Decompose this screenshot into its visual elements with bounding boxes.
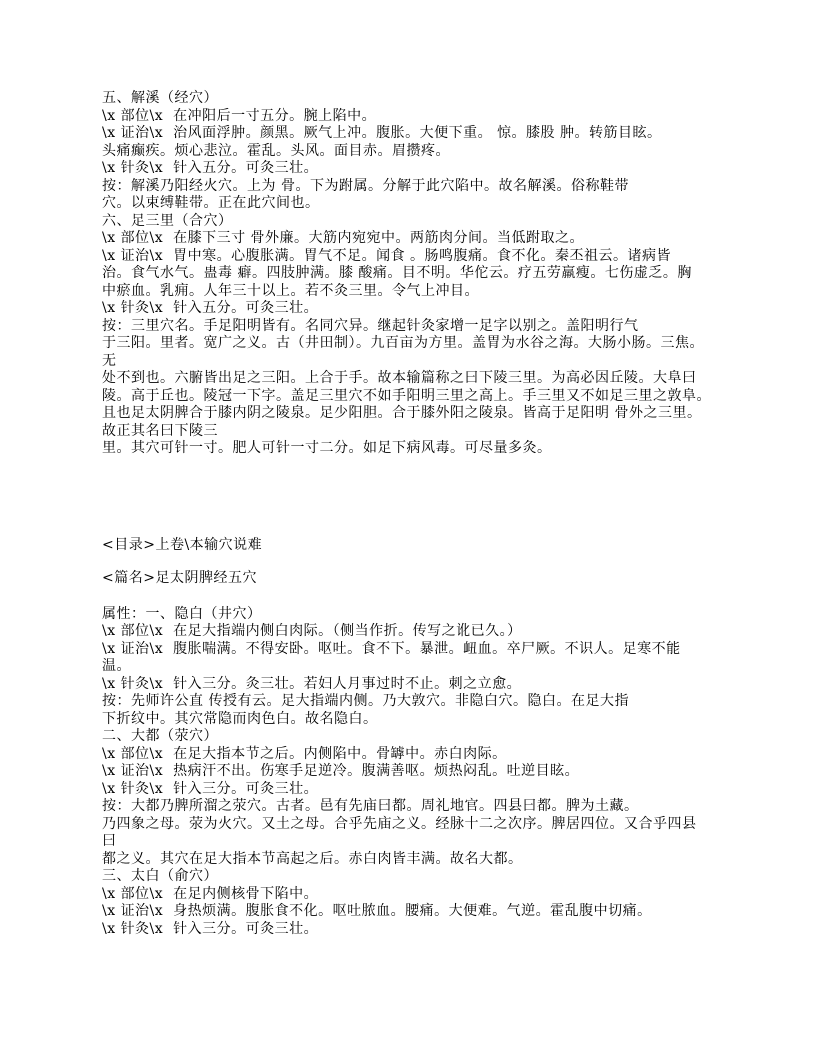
text-line: 都之义。其穴在足大指本节高起之后。赤白肉皆丰满。故名大都。 [102, 851, 726, 869]
text-line: 六、足三里（合穴） [102, 213, 726, 231]
text-line: \x 部位\x 在膝下三寸 骨外廉。大筋内宛宛中。两筋肉分间。当低跗取之。 [102, 230, 726, 248]
text-line: 穴。以束缚鞋带。正在此穴间也。 [102, 195, 726, 213]
text-line: 故正其名曰下陵三 [102, 423, 726, 441]
section-spleen-five-points: 属性：一、隐白（井穴） \x 部位\x 在足大指端内侧白肉际。（侧当作折。传写之… [102, 606, 726, 939]
text-line: \x 部位\x 在冲阳后一寸五分。腕上陷中。 [102, 108, 726, 126]
text-line: \x 针灸\x 针入三分。可灸三壮。 [102, 921, 726, 939]
chapter-title-line: <篇名>足太阴脾经五穴 [102, 570, 726, 588]
text-line: \x 针灸\x 针入五分。可灸三壮。 [102, 300, 726, 318]
text-line: \x 证治\x 治风面浮肿。颜黑。厥气上冲。腹胀。大便下重。 惊。膝股 肿。转筋… [102, 125, 726, 143]
text-line: 无 [102, 353, 726, 371]
text-line: \x 证治\x 胃中寒。心腹胀满。胃气不足。闻食 。肠鸣腹痛。食不化。秦丕祖云。… [102, 248, 726, 266]
text-line: \x 证治\x 腹胀喘满。不得安卧。呕吐。食不下。暴泄。衄血。卒尸厥。不识人。足… [102, 641, 726, 659]
text-line: 陵。高于丘也。陵冠一下字。盖足三里穴不如手阳明三里之高上。手三里又不如足三里之敦… [102, 388, 726, 406]
text-line: 二、大都（荥穴） [102, 728, 726, 746]
catalog-path: <目录>上卷\本输穴说难 [102, 537, 726, 555]
text-line: 按：三里穴名。手足阳明皆有。名同穴异。继起针灸家增一足字以别之。盖阳明行气 [102, 318, 726, 336]
section-jiexi-zusanli: 五、解溪（经穴） \x 部位\x 在冲阳后一寸五分。腕上陷中。 \x 证治\x … [102, 90, 726, 458]
text-line: \x 证治\x 热病汗不出。伤寒手足逆冷。腹满善呕。烦热闷乱。吐逆目眩。 [102, 763, 726, 781]
text-line: 五、解溪（经穴） [102, 90, 726, 108]
text-line: 温。 [102, 658, 726, 676]
text-line: 按：大都乃脾所溜之荥穴。古者。邑有先庙曰都。周礼地官。四县曰都。脾为土藏。 [102, 798, 726, 816]
text-line: 下折纹中。其穴常隐而肉色白。故名隐白。 [102, 711, 726, 729]
text-line: 曰 [102, 833, 726, 851]
text-line: 于三阳。里者。宽广之义。古（井田制）。九百亩为方里。盖胃为水谷之海。大肠小肠。三… [102, 335, 726, 353]
text-line: 乃四象之母。荥为火穴。又土之母。合乎先庙之义。经脉十二之次序。脾居四位。又合乎四… [102, 816, 726, 834]
catalog-path-line: <目录>上卷\本输穴说难 [102, 537, 726, 555]
text-line: 属性：一、隐白（井穴） [102, 606, 726, 624]
text-line: 三、太白（俞穴） [102, 868, 726, 886]
text-line: 且也足太阴脾合于膝内阴之陵泉。足少阳胆。合于膝外阳之陵泉。皆高于足阳明 骨外之三… [102, 405, 726, 423]
text-line: \x 针灸\x 针入五分。可灸三壮。 [102, 160, 726, 178]
text-line: 按：解溪乃阳经火穴。上为 骨。下为跗属。分解于此穴陷中。故名解溪。俗称鞋带 [102, 178, 726, 196]
text-line: 头痛癫疾。烦心悲泣。霍乱。头风。面目赤。眉攒疼。 [102, 143, 726, 161]
text-line: \x 部位\x 在足内侧核骨下陷中。 [102, 886, 726, 904]
text-line: \x 部位\x 在足大指本节之后。内侧陷中。骨罅中。赤白肉际。 [102, 746, 726, 764]
text-line: \x 针灸\x 针入三分。可灸三壮。 [102, 781, 726, 799]
text-line: 治。食气水气。蛊毒 癖。四肢肿满。膝 酸痛。目不明。华佗云。疗五劳羸瘦。七伤虚乏… [102, 265, 726, 283]
text-line: \x 针灸\x 针入三分。灸三壮。若妇人月事过时不止。刺之立愈。 [102, 676, 726, 694]
text-line: 按：先师许公直 传授有云。足大指端内侧。乃大敦穴。非隐白穴。隐白。在足大指 [102, 693, 726, 711]
text-line: 里。其穴可针一寸。肥人可针一寸二分。如足下病风毒。可尽量多灸。 [102, 440, 726, 458]
text-line: 处不到也。六腑皆出足之三阳。上合于手。故本输篇称之曰下陵三里。为高必因丘陵。大阜… [102, 370, 726, 388]
chapter-title: <篇名>足太阴脾经五穴 [102, 570, 726, 588]
text-line: \x 证治\x 身热烦满。腹胀食不化。呕吐脓血。腰痛。大便难。气逆。霍乱腹中切痛… [102, 903, 726, 921]
document-page: 五、解溪（经穴） \x 部位\x 在冲阳后一寸五分。腕上陷中。 \x 证治\x … [0, 0, 816, 1056]
text-line: 中瘀血。乳痈。人年三十以上。若不灸三里。令气上冲目。 [102, 283, 726, 301]
text-line: \x 部位\x 在足大指端内侧白肉际。（侧当作折。传写之讹已久。） [102, 623, 726, 641]
